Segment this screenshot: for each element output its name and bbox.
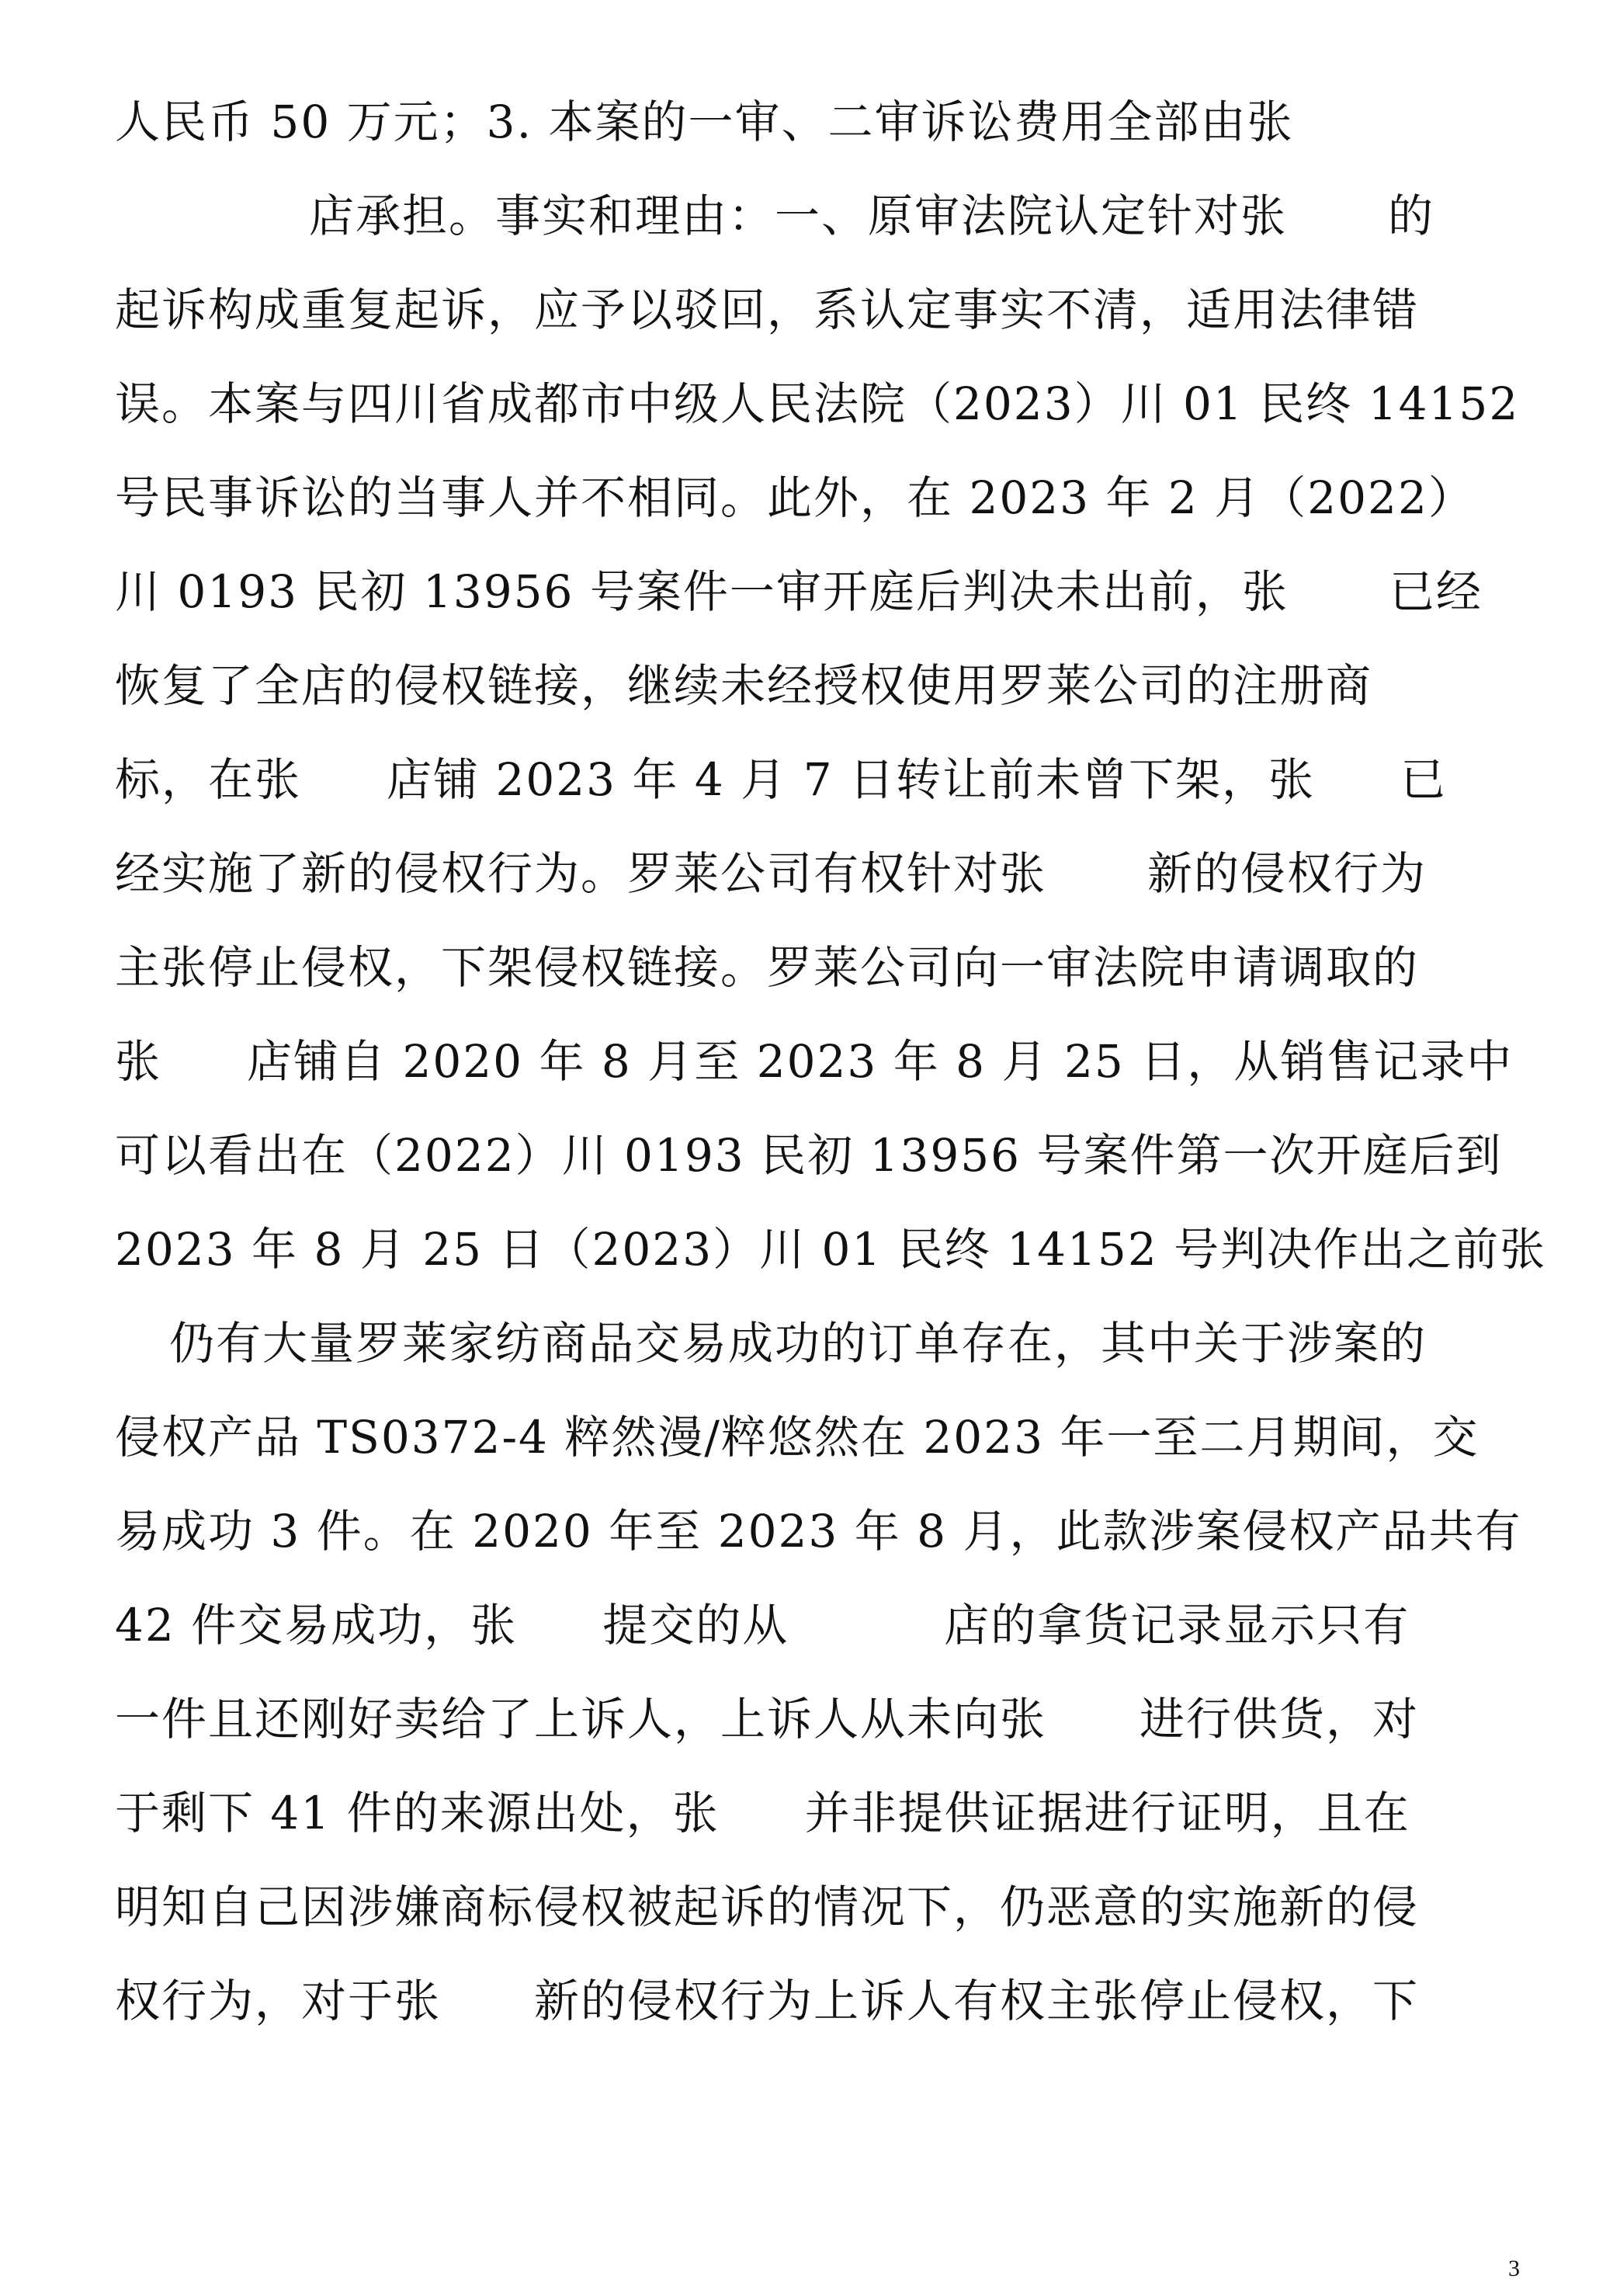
text-segment: 并非提供证据进行证明，且在	[805, 1782, 1410, 1844]
document-page: 人民币 50 万元；3. 本案的一审、二审诉讼费用全部由张店承担。事实和理由：一…	[0, 0, 1620, 2296]
text-segment: 店铺 2023 年 4 月 7 日转让前未曾下架，张	[387, 749, 1315, 811]
text-segment: 易成功 3 件。在 2020 年至 2023 年 8 月，此款涉案侵权产品共有	[115, 1500, 1522, 1562]
text-line: 店承担。事实和理由：一、原审法院认定针对张的	[115, 185, 1512, 247]
text-line: 42 件交易成功，张提交的从店的拿货记录显示只有	[115, 1594, 1512, 1656]
text-segment: 店铺自 2020 年 8 月至 2023 年 8 月 25 日，从销售记录中	[247, 1030, 1513, 1092]
text-segment: 一件且还刚好卖给了上诉人，上诉人从未向张	[115, 1688, 1046, 1750]
text-segment: 明知自己因涉嫌商标侵权被起诉的情况下，仍恶意的实施新的侵	[115, 1876, 1419, 1938]
text-segment: 起诉构成重复起诉，应予以驳回，系认定事实不清，适用法律错	[115, 279, 1419, 341]
text-segment: 已经	[1389, 561, 1483, 623]
text-segment: 2023 年 8 月 25 日（2023）川 01 民终 14152 号判决作出…	[115, 1218, 1546, 1280]
text-segment: 经实施了新的侵权行为。罗莱公司有权针对张	[115, 842, 1046, 905]
text-segment: 误。本案与四川省成都市中级人民法院（2023）川 01 民终 14152	[115, 373, 1519, 435]
text-segment: 标，在张	[115, 749, 301, 811]
text-line: 一件且还刚好卖给了上诉人，上诉人从未向张进行供货，对	[115, 1688, 1512, 1750]
text-segment: 已	[1400, 749, 1447, 811]
text-segment: 恢复了全店的侵权链接，继续未经授权使用罗莱公司的注册商	[115, 655, 1372, 717]
text-segment: 新的侵权行为	[1147, 842, 1427, 905]
text-line: 经实施了新的侵权行为。罗莱公司有权针对张新的侵权行为	[115, 842, 1512, 905]
text-line: 张店铺自 2020 年 8 月至 2023 年 8 月 25 日，从销售记录中	[115, 1030, 1512, 1092]
text-line: 号民事诉讼的当事人并不相同。此外，在 2023 年 2 月（2022）	[115, 467, 1512, 529]
text-segment: 于剩下 41 件的来源出处，张	[115, 1782, 720, 1844]
text-segment: 主张停止侵权，下架侵权链接。罗莱公司向一审法院申请调取的	[115, 936, 1419, 999]
text-line: 2023 年 8 月 25 日（2023）川 01 民终 14152 号判决作出…	[115, 1218, 1512, 1280]
text-line: 误。本案与四川省成都市中级人民法院（2023）川 01 民终 14152	[115, 373, 1512, 435]
text-segment: 的	[1388, 185, 1434, 247]
text-line: 主张停止侵权，下架侵权链接。罗莱公司向一审法院申请调取的	[115, 936, 1512, 999]
text-segment: 张	[115, 1030, 161, 1092]
text-line: 于剩下 41 件的来源出处，张并非提供证据进行证明，且在	[115, 1782, 1512, 1844]
text-segment: 号民事诉讼的当事人并不相同。此外，在 2023 年 2 月（2022）	[115, 467, 1475, 529]
text-segment: 人民币 50 万元；3. 本案的一审、二审诉讼费用全部由张	[115, 91, 1293, 153]
text-line: 可以看出在（2022）川 0193 民初 13956 号案件第一次开庭后到	[115, 1124, 1512, 1186]
text-line: 权行为，对于张新的侵权行为上诉人有权主张停止侵权，下	[115, 1970, 1512, 2032]
page-number: 3	[1508, 2256, 1520, 2282]
text-segment: 可以看出在（2022）川 0193 民初 13956 号案件第一次开庭后到	[115, 1124, 1502, 1186]
text-segment: 仍有大量罗莱家纺商品交易成功的订单存在，其中关于涉案的	[169, 1312, 1427, 1374]
text-line: 起诉构成重复起诉，应予以驳回，系认定事实不清，适用法律错	[115, 279, 1512, 341]
text-line: 恢复了全店的侵权链接，继续未经授权使用罗莱公司的注册商	[115, 655, 1512, 717]
text-segment: 川 0193 民初 13956 号案件一审开庭后判决未出前，张	[115, 561, 1289, 623]
text-line: 明知自己因涉嫌商标侵权被起诉的情况下，仍恶意的实施新的侵	[115, 1876, 1512, 1938]
text-segment: 权行为，对于张	[115, 1970, 441, 2032]
text-segment: 店的拿货记录显示只有	[944, 1594, 1410, 1656]
text-line: 人民币 50 万元；3. 本案的一审、二审诉讼费用全部由张	[115, 91, 1512, 153]
text-segment: 42 件交易成功，张	[115, 1594, 517, 1656]
text-line: 川 0193 民初 13956 号案件一审开庭后判决未出前，张已经	[115, 561, 1512, 623]
text-segment: 侵权产品 TS0372-4 粹然漫/粹悠然在 2023 年一至二月期间，交	[115, 1406, 1479, 1468]
text-segment: 店承担。事实和理由：一、原审法院认定针对张	[309, 185, 1287, 247]
text-line: 易成功 3 件。在 2020 年至 2023 年 8 月，此款涉案侵权产品共有	[115, 1500, 1512, 1562]
text-line: 侵权产品 TS0372-4 粹然漫/粹悠然在 2023 年一至二月期间，交	[115, 1406, 1512, 1468]
text-segment: 进行供货，对	[1140, 1688, 1419, 1750]
text-segment: 提交的从	[602, 1594, 789, 1656]
text-segment: 新的侵权行为上诉人有权主张停止侵权，下	[534, 1970, 1419, 2032]
text-line: 仍有大量罗莱家纺商品交易成功的订单存在，其中关于涉案的	[115, 1312, 1512, 1374]
text-line: 标，在张店铺 2023 年 4 月 7 日转让前未曾下架，张已	[115, 749, 1512, 811]
